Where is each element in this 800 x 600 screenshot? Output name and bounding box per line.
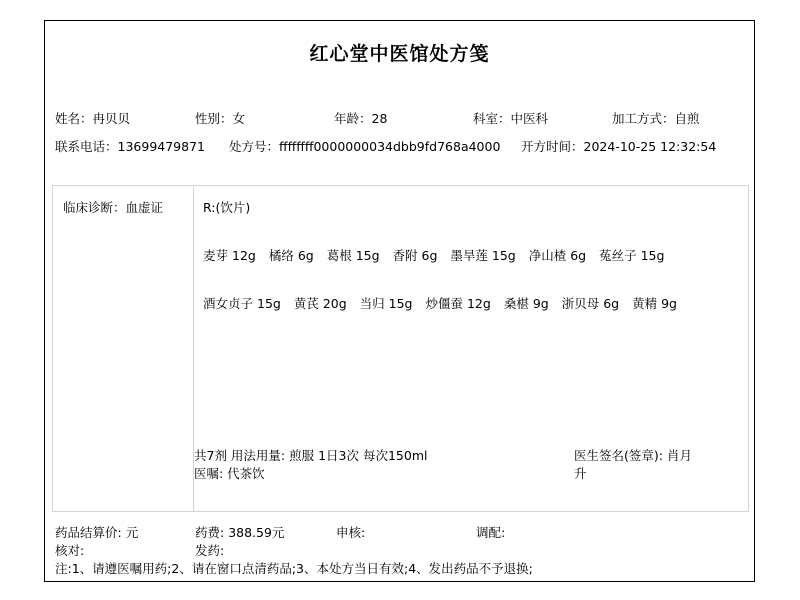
herb-name: 葛根 — [327, 248, 352, 263]
issue-label: 发药: — [195, 541, 224, 559]
processing-method-value: 自煎 — [675, 111, 700, 126]
herb-dose: 6g — [422, 248, 438, 263]
phone-field: 联系电话：13699479871 — [55, 137, 205, 155]
fee-value: 388.59元 — [228, 525, 284, 540]
herb-name: 黄精 — [632, 296, 657, 311]
diagnosis-column: 临床诊断：血虚证 — [53, 186, 194, 511]
herb-dose: 9g — [661, 296, 677, 311]
herb-line-2: 酒女贞子 15g 黄芪 20g 当归 15g 炒僵蚕 12g 桑椹 9g 浙贝母… — [203, 294, 686, 312]
phone-label: 联系电话： — [55, 139, 118, 154]
herb-dose: 20g — [323, 296, 347, 311]
patient-gender-value: 女 — [233, 111, 246, 126]
processing-method-field: 加工方式：自煎 — [612, 109, 700, 127]
settlement-value: 元 — [126, 525, 139, 540]
herb-dose: 6g — [603, 296, 619, 311]
patient-name-field: 姓名：冉贝贝 — [55, 109, 130, 127]
settlement-label: 药品结算价: — [55, 525, 126, 540]
herb-name: 菟丝子 — [599, 248, 637, 263]
review-label: 申核: — [336, 523, 365, 541]
herb-dose: 15g — [257, 296, 281, 311]
herb-item: 葛根 15g — [327, 248, 380, 263]
herb-item: 浙贝母 6g — [562, 296, 619, 311]
herb-item: 菟丝子 15g — [599, 248, 664, 263]
rx-number-field: 处方号：ffffffff0000000034dbb9fd768a4000 — [229, 137, 500, 155]
herb-name: 浙贝母 — [562, 296, 600, 311]
herb-dose: 15g — [389, 296, 413, 311]
department-value: 中医科 — [511, 111, 549, 126]
herb-item: 橘络 6g — [269, 248, 314, 263]
herb-name: 当归 — [360, 296, 385, 311]
herb-name: 墨旱莲 — [450, 248, 488, 263]
rx-time-field: 开方时间：2024-10-25 12:32:54 — [521, 137, 716, 155]
patient-gender-label: 性别： — [195, 111, 233, 126]
diagnosis-label: 临床诊断： — [63, 200, 126, 215]
page-title: 红心堂中医馆处方笺 — [45, 39, 754, 66]
doctor-signature: 医生签名(签章): 肖月升 — [574, 447, 704, 483]
doctor-advice: 医嘱: 代茶饮 — [194, 465, 427, 483]
dispense-prep-label: 调配: — [476, 523, 505, 541]
department-label: 科室： — [473, 111, 511, 126]
herb-dose: 9g — [533, 296, 549, 311]
herb-name: 黄芪 — [294, 296, 319, 311]
herb-dose: 15g — [641, 248, 665, 263]
prescription-box: 临床诊断：血虚证 R:(饮片) 麦芽 12g 橘络 6g 葛根 15g 香附 6… — [52, 185, 749, 512]
rx-time-value: 2024-10-25 12:32:54 — [584, 139, 717, 154]
herb-item: 净山楂 6g — [529, 248, 586, 263]
usage-instructions: 共7剂 用法用量: 煎服 1日3次 每次150ml 医嘱: 代茶饮 — [194, 447, 427, 483]
herb-name: 酒女贞子 — [203, 296, 253, 311]
herb-item: 炒僵蚕 12g — [425, 296, 490, 311]
herb-item: 桑椹 9g — [504, 296, 549, 311]
settlement-price: 药品结算价: 元 — [55, 523, 138, 541]
herb-name: 橘络 — [269, 248, 294, 263]
rx-time-label: 开方时间： — [521, 139, 584, 154]
rx-header: R:(饮片) — [203, 198, 250, 216]
signature-label: 医生签名(签章): — [574, 448, 667, 463]
herb-name: 香附 — [393, 248, 418, 263]
prescription-sheet: 红心堂中医馆处方笺 姓名：冉贝贝 性别：女 年龄：28 科室：中医科 加工方式：… — [44, 20, 755, 582]
herb-item: 香附 6g — [393, 248, 438, 263]
herb-name: 炒僵蚕 — [425, 296, 463, 311]
herb-name: 桑椹 — [504, 296, 529, 311]
patient-name-value: 冉贝贝 — [93, 111, 131, 126]
patient-age-field: 年龄：28 — [334, 109, 387, 127]
herb-name: 净山楂 — [529, 248, 567, 263]
rx-number-label: 处方号： — [229, 139, 279, 154]
herb-name: 麦芽 — [203, 248, 228, 263]
patient-age-label: 年龄： — [334, 111, 372, 126]
prescription-column: R:(饮片) 麦芽 12g 橘络 6g 葛根 15g 香附 6g 墨旱莲 15g… — [194, 186, 748, 511]
herb-dose: 12g — [232, 248, 256, 263]
herb-dose: 6g — [570, 248, 586, 263]
fee-label: 药费: — [195, 525, 228, 540]
processing-method-label: 加工方式： — [612, 111, 675, 126]
dosage-text: 共7剂 用法用量: 煎服 1日3次 每次150ml — [194, 447, 427, 465]
herb-dose: 12g — [467, 296, 491, 311]
herb-line-1: 麦芽 12g 橘络 6g 葛根 15g 香附 6g 墨旱莲 15g 净山楂 6g… — [203, 246, 673, 264]
phone-value: 13699479871 — [118, 139, 205, 154]
notes-text: 注:1、请遵医嘱用药;2、请在窗口点清药品;3、本处方当日有效;4、发出药品不予… — [55, 559, 533, 577]
herb-item: 黄芪 20g — [294, 296, 347, 311]
department-field: 科室：中医科 — [473, 109, 548, 127]
rx-number-value: ffffffff0000000034dbb9fd768a4000 — [279, 139, 500, 154]
patient-gender-field: 性别：女 — [195, 109, 245, 127]
herb-item: 墨旱莲 15g — [450, 248, 515, 263]
clinical-diagnosis: 临床诊断：血虚证 — [63, 198, 163, 216]
herb-item: 酒女贞子 15g — [203, 296, 281, 311]
patient-name-label: 姓名： — [55, 111, 93, 126]
drug-fee: 药费: 388.59元 — [195, 523, 284, 541]
herb-dose: 15g — [492, 248, 516, 263]
herb-item: 当归 15g — [360, 296, 413, 311]
herb-item: 黄精 9g — [632, 296, 677, 311]
check-label: 核对: — [55, 541, 84, 559]
diagnosis-value: 血虚证 — [126, 200, 164, 215]
herb-dose: 6g — [298, 248, 314, 263]
herb-item: 麦芽 12g — [203, 248, 256, 263]
patient-age-value: 28 — [372, 111, 388, 126]
herb-dose: 15g — [356, 248, 380, 263]
